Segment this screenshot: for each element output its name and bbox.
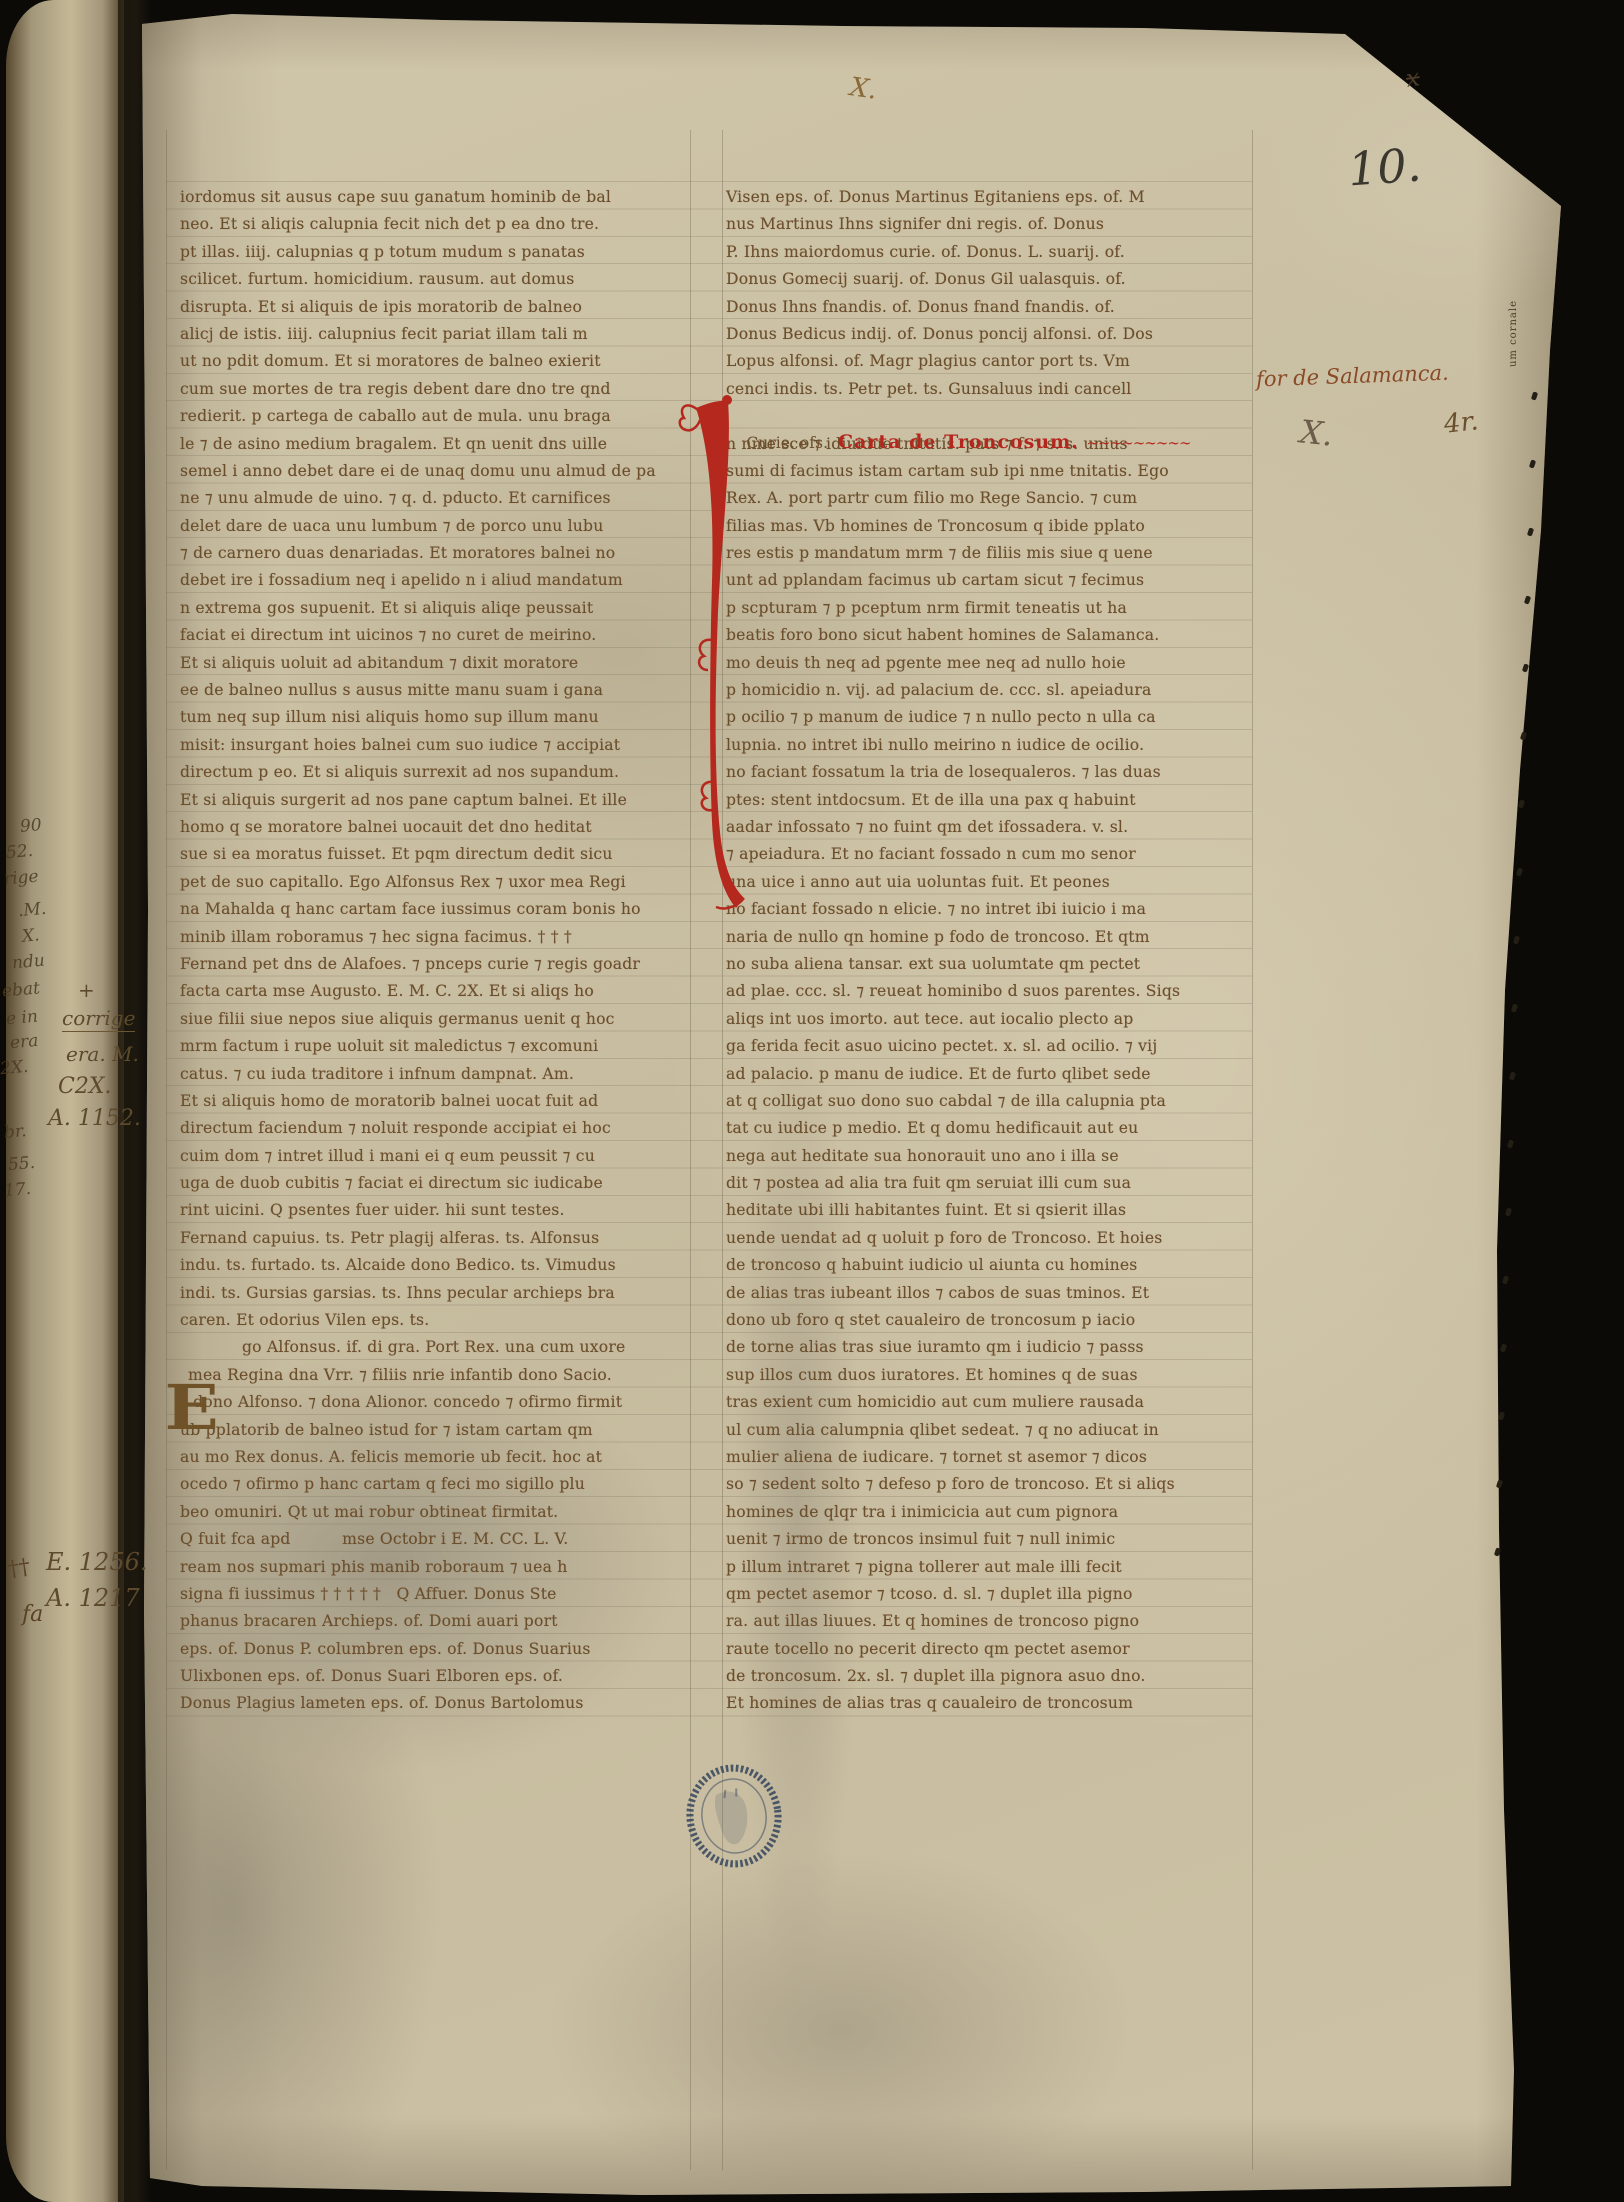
manuscript-line: mea Regina dna Vrr. ⁊ filiis nrie infant…	[180, 1362, 696, 1389]
left-text-column: iordomus sit ausus cape suu ganatum homi…	[180, 184, 696, 1718]
era-line: E. 1256.	[46, 1548, 147, 1576]
manuscript-line: phanus bracaren Archieps. of. Domi auari…	[180, 1608, 696, 1635]
manuscript-line: cum sue mortes de tra regis debent dare …	[180, 376, 696, 403]
illuminated-initial-i	[676, 392, 754, 914]
manuscript-line: no suba aliena tansar. ext sua uolumtate…	[726, 951, 1250, 978]
manuscript-line: pet de suo capitallo. Ego Alfonsus Rex ⁊…	[180, 869, 696, 896]
corrige-line: A. 1152.	[48, 1106, 141, 1131]
manuscript-line: cenci indis. ts. Petr pet. ts. Gunsaluus…	[726, 376, 1250, 403]
manuscript-line: facta carta mse Augusto. E. M. C. 2X. Et…	[180, 978, 696, 1005]
manuscript-line: sue si ea moratus fuisset. Et pqm direct…	[180, 841, 696, 868]
manuscript-line: eps. of. Donus P. columbren eps. of. Don…	[180, 1636, 696, 1663]
spine-fragment: X.	[21, 925, 40, 946]
manuscript-line: homines de qlqr tra i inimicicia aut cum…	[726, 1499, 1250, 1526]
manuscript-line: ub pplatorib de balneo istud for ⁊ istam…	[180, 1417, 696, 1444]
corrige-line: +	[78, 978, 95, 1002]
spine-fragment: ebat	[1, 978, 41, 1001]
manuscript-line: p ocilio ⁊ p manum de iudice ⁊ n nullo p…	[726, 704, 1250, 731]
manuscript-line: de torne alias tras siue iuramto qm i iu…	[726, 1334, 1250, 1361]
manuscript-line: ⁊ apeiadura. Et no faciant fossado n cum…	[726, 841, 1250, 868]
manuscript-line: debet ire i fossadium neq i apelido n i …	[180, 567, 696, 594]
rubric-flourish: ∼∼∼∼∼∼∼∼∼	[1086, 434, 1190, 452]
manuscript-line: filias mas. Vb homines de Troncosum q ib…	[726, 513, 1250, 540]
spine-fragment: 90	[19, 815, 42, 837]
manuscript-line: misit: insurgant hoies balnei cum suo iu…	[180, 732, 696, 759]
manuscript-line: ad plae. ccc. sl. ⁊ reueat hominibo d su…	[726, 978, 1250, 1005]
manuscript-line: go Alfonsus. if. di gra. Port Rex. una c…	[180, 1334, 696, 1361]
margin-cross-marks: ††	[6, 1555, 31, 1583]
manuscript-line: mulier aliena de iudicare. ⁊ tornet st a…	[726, 1444, 1250, 1471]
manuscript-line: uende uendat ad q uoluit p foro de Tronc…	[726, 1225, 1250, 1252]
manuscript-line: mo deuis th neq ad pgente mee neq ad nul…	[726, 650, 1250, 677]
manuscript-line: rint uicini. Q psentes fuer uider. hii s…	[180, 1197, 696, 1224]
prick-mark	[1504, 1207, 1511, 1216]
manuscript-line: ne ⁊ unu almude de uino. ⁊ q. d. pducto.…	[180, 485, 696, 512]
manuscript-line: Et si aliquis uoluit ad abitandum ⁊ dixi…	[180, 650, 696, 677]
manuscript-line: de alias tras iubeant illos ⁊ cabos de s…	[726, 1280, 1250, 1307]
manuscript-line: ream nos supmari phis manib roboraum ⁊ u…	[180, 1554, 696, 1581]
manuscript-line: lupnia. no intret ibi nullo meirino n iu…	[726, 732, 1250, 759]
prick-mark	[1509, 1071, 1516, 1080]
manuscript-line: p illum intraret ⁊ pigna tollerer aut ma…	[726, 1554, 1250, 1581]
spine-fragment: br.	[3, 1121, 27, 1143]
manuscript-line: ee de balneo nullus s ausus mitte manu s…	[180, 677, 696, 704]
prick-mark	[1511, 1003, 1518, 1012]
manuscript-line: n extrema gos supuenit. Et si aliquis al…	[180, 595, 696, 622]
manuscript-line: Donus Plagius lameten eps. of. Donus Bar…	[180, 1690, 696, 1717]
manuscript-line: Donus Ihns fnandis. of. Donus fnand fnan…	[726, 294, 1250, 321]
manuscript-line: cuim dom ⁊ intret illud i mani ei q eum …	[180, 1143, 696, 1170]
manuscript-line: signa fi iussimus † † † † † Q Affuer. Do…	[180, 1581, 696, 1608]
manuscript-line: so ⁊ sedent solto ⁊ defeso p foro de tro…	[726, 1471, 1250, 1498]
manuscript-line: neo. Et si aliqis calupnia fecit nich de…	[180, 211, 696, 238]
manuscript-line: pt illas. iiij. calupnias q p totum mudu…	[180, 239, 696, 266]
manuscript-line: redierit. p cartega de caballo aut de mu…	[180, 403, 696, 430]
manuscript-line: Et homines de alias tras q caualeiro de …	[726, 1690, 1250, 1717]
era-line: A. 1217	[46, 1584, 140, 1612]
archive-ink-stamp	[676, 1756, 792, 1875]
manuscript-line: beatis foro bono sicut habent homines de…	[726, 622, 1250, 649]
manuscript-line: tras exient cum homicidio aut cum mulier…	[726, 1389, 1250, 1416]
manuscript-line: Visen eps. of. Donus Martinus Egitaniens…	[726, 184, 1250, 211]
manuscript-line: at q colligat suo dono suo cabdal ⁊ de i…	[726, 1088, 1250, 1115]
manuscript-line: no faciant fossatum la tria de losequale…	[726, 759, 1250, 786]
manuscript-line: sumi di facimus istam cartam sub ipi nme…	[726, 458, 1250, 485]
manuscript-line: ga ferida fecit asuo uicino pectet. x. s…	[726, 1033, 1250, 1060]
manuscript-line: p scpturam ⁊ p pceptum nrm firmit teneat…	[726, 595, 1250, 622]
manuscript-line: una uice i anno aut uia uoluntas fuit. E…	[726, 869, 1250, 896]
manuscript-line: scilicet. furtum. homicidium. rausum. au…	[180, 266, 696, 293]
rubric-line: Curie. ofs. Carta de Troncosum. ∼∼∼∼∼∼∼∼…	[726, 402, 1191, 429]
ruling-line-vertical	[1252, 130, 1253, 2170]
manuscript-line: siue filii siue nepos siue aliquis germa…	[180, 1006, 696, 1033]
manuscript-line: raute tocello no pecerit directo qm pect…	[726, 1636, 1250, 1663]
manuscript-line: Ulixbonen eps. of. Donus Suari Elboren e…	[180, 1663, 696, 1690]
manuscript-line: Fernand capuius. ts. Petr plagij alferas…	[180, 1225, 696, 1252]
manuscript-line: uenit ⁊ irmo de troncos insimul fuit ⁊ n…	[726, 1526, 1250, 1553]
manuscript-line: dit ⁊ postea ad alia tra fuit qm seruiat…	[726, 1170, 1250, 1197]
manuscript-line: semel i anno debet dare ei de unaq domu …	[180, 458, 696, 485]
manuscript-line: heditate ubi illi habitantes fuint. Et s…	[726, 1197, 1250, 1224]
prick-mark	[1520, 731, 1527, 740]
corrige-line: corrige	[62, 1006, 135, 1032]
manuscript-line: le ⁊ de asino medium bragalem. Et qn uen…	[180, 431, 696, 458]
book-spine-edge	[6, 0, 124, 2202]
manuscript-line: ⁊ dono Alfonso. ⁊ dona Alionor. concedo …	[180, 1389, 696, 1416]
manuscript-line: indu. ts. furtado. ts. Alcaide dono Bedi…	[180, 1252, 696, 1279]
manuscript-photo: 9052.rige.M.X.nduebate inera2X.br.55.17.…	[0, 0, 1624, 2202]
manuscript-line: naria de nullo qn homine p fodo de tronc…	[726, 924, 1250, 951]
manuscript-line: beo omuniri. Qt ut mai robur obtineat fi…	[180, 1499, 696, 1526]
manuscript-line: unt ad pplandam facimus ub cartam sicut …	[726, 567, 1250, 594]
manuscript-line: caren. Et odorius Vilen eps. ts.	[180, 1307, 696, 1334]
manuscript-line: au mo Rex donus. A. felicis memorie ub f…	[180, 1444, 696, 1471]
corrige-line: C2X.	[58, 1074, 112, 1099]
manuscript-line: nus Martinus Ihns signifer dni regis. of…	[726, 211, 1250, 238]
manuscript-line: alicj de istis. iiij. calupnius fecit pa…	[180, 321, 696, 348]
manuscript-line: tat cu iudice p medio. Et q domu hedific…	[726, 1115, 1250, 1142]
prick-mark	[1496, 1479, 1503, 1488]
manuscript-line: na Mahalda q hanc cartam face iussimus c…	[180, 896, 696, 923]
manuscript-line: ul cum alia calumpnia qlibet sedeat. ⁊ q…	[726, 1417, 1250, 1444]
prick-mark	[1515, 867, 1522, 876]
margin-vertical-note: um cornale	[1508, 300, 1519, 367]
manuscript-line: directum faciendum ⁊ noluit responde acc…	[180, 1115, 696, 1142]
manuscript-line: tum neq sup illum nisi aliquis homo sup …	[180, 704, 696, 731]
manuscript-line: Et si aliquis homo de moratorib balnei u…	[180, 1088, 696, 1115]
manuscript-line: catus. ⁊ cu iuda traditore i infnum damp…	[180, 1061, 696, 1088]
manuscript-line: directum p eo. Et si aliquis surrexit ad…	[180, 759, 696, 786]
manuscript-line: Lopus alfonsi. of. Magr plagius cantor p…	[726, 348, 1250, 375]
margin-x-mark: X.	[1298, 412, 1335, 453]
spine-fragment: 55.	[7, 1153, 36, 1175]
spine-fragment: 2X.	[0, 1057, 29, 1079]
spine-fragment: ndu	[11, 951, 45, 974]
manuscript-line: ad palacio. p manu de iudice. Et de furt…	[726, 1061, 1250, 1088]
manuscript-line: Fernand pet dns de Alafoes. ⁊ pnceps cur…	[180, 951, 696, 978]
prick-mark	[1500, 1343, 1507, 1352]
spine-fragment: e in	[5, 1007, 38, 1030]
corrige-line: era. M.	[66, 1042, 139, 1066]
manuscript-line: delet dare de uaca unu lumbum ⁊ de porco…	[180, 513, 696, 540]
manuscript-line: disrupta. Et si aliquis de ipis moratori…	[180, 294, 696, 321]
manuscript-line: iordomus sit ausus cape suu ganatum homi…	[180, 184, 696, 211]
spine-fragment: rige	[3, 867, 39, 890]
manuscript-line: minib illam roboramus ⁊ hec signa facimu…	[180, 924, 696, 951]
manuscript-line: aadar infossato ⁊ no fuint qm det ifossa…	[726, 814, 1250, 841]
corner-scribble-mark: x	[1404, 63, 1421, 93]
prick-mark	[1513, 935, 1520, 944]
manuscript-line: de troncosum. 2x. sl. ⁊ duplet illa pign…	[726, 1663, 1250, 1690]
manuscript-line: Rex. A. port partr cum filio mo Rege San…	[726, 485, 1250, 512]
manuscript-line: no faciant fossado n elicie. ⁊ no intret…	[726, 896, 1250, 923]
prick-mark	[1507, 1139, 1514, 1148]
spine-fragment: .M.	[17, 899, 47, 921]
prick-mark	[1518, 799, 1525, 808]
manuscript-line: ptes: stent intdocsum. Et de illa una pa…	[726, 787, 1250, 814]
manuscript-line: P. Ihns maiordomus curie. of. Donus. L. …	[726, 239, 1250, 266]
manuscript-line: Q fuit fca apd mse Octobr i E. M. CC. L.…	[180, 1526, 696, 1553]
manuscript-line: Donus Gomecij suarij. of. Donus Gil uala…	[726, 266, 1250, 293]
prick-mark	[1498, 1411, 1505, 1420]
manuscript-line: faciat ei directum int uicinos ⁊ no cure…	[180, 622, 696, 649]
manuscript-line: mrm factum i rupe uoluit sit maledictus …	[180, 1033, 696, 1060]
initial-e: E	[164, 1378, 218, 1438]
manuscript-line: ut no pdit domum. Et si moratores de bal…	[180, 348, 696, 375]
spine-fragment: 17.	[3, 1179, 32, 1201]
manuscript-line: aliqs int uos imorto. aut tece. aut ioca…	[726, 1006, 1250, 1033]
manuscript-line: qm pectet asemor ⁊ tcoso. d. sl. ⁊ duple…	[726, 1581, 1250, 1608]
manuscript-line: Et si aliquis surgerit ad nos pane captu…	[180, 787, 696, 814]
margin-4r-mark: 4r.	[1443, 406, 1480, 439]
manuscript-line: homo q se moratore balnei uocauit det dn…	[180, 814, 696, 841]
margin-fa-mark: fa	[22, 1602, 43, 1627]
manuscript-line: ra. aut illas liuues. Et q homines de tr…	[726, 1608, 1250, 1635]
manuscript-line: uga de duob cubitis ⁊ faciat ei directum…	[180, 1170, 696, 1197]
manuscript-line: nega aut heditate sua honorauit uno ano …	[726, 1143, 1250, 1170]
rubric-prefix: Curie. ofs.	[746, 434, 838, 452]
manuscript-line: ocedo ⁊ ofirmo p hanc cartam q feci mo s…	[180, 1471, 696, 1498]
manuscript-line: p homicidio n. vij. ad palacium de. ccc.…	[726, 677, 1250, 704]
manuscript-line: de troncoso q habuint iudicio ul aiunta …	[726, 1252, 1250, 1279]
manuscript-line: indi. ts. Gursias garsias. ts. Ihns pecu…	[180, 1280, 696, 1307]
folio-number: 10.	[1346, 138, 1423, 197]
spine-fragment: era	[9, 1031, 39, 1053]
manuscript-line: ⁊ de carnero duas denariadas. Et morator…	[180, 540, 696, 567]
quire-mark: X.	[848, 72, 879, 105]
manuscript-line: sup illos cum duos iuratores. Et homines…	[726, 1362, 1250, 1389]
manuscript-line: Donus Bedicus indij. of. Donus poncij al…	[726, 321, 1250, 348]
manuscript-line: res estis p mandatum mrm ⁊ de filiis mis…	[726, 540, 1250, 567]
spine-fragment: 52.	[5, 841, 34, 863]
prick-mark	[1502, 1275, 1509, 1284]
rubric-title: Carta de Troncosum.	[838, 431, 1086, 453]
manuscript-line: dono ub foro q stet caualeiro de troncos…	[726, 1307, 1250, 1334]
